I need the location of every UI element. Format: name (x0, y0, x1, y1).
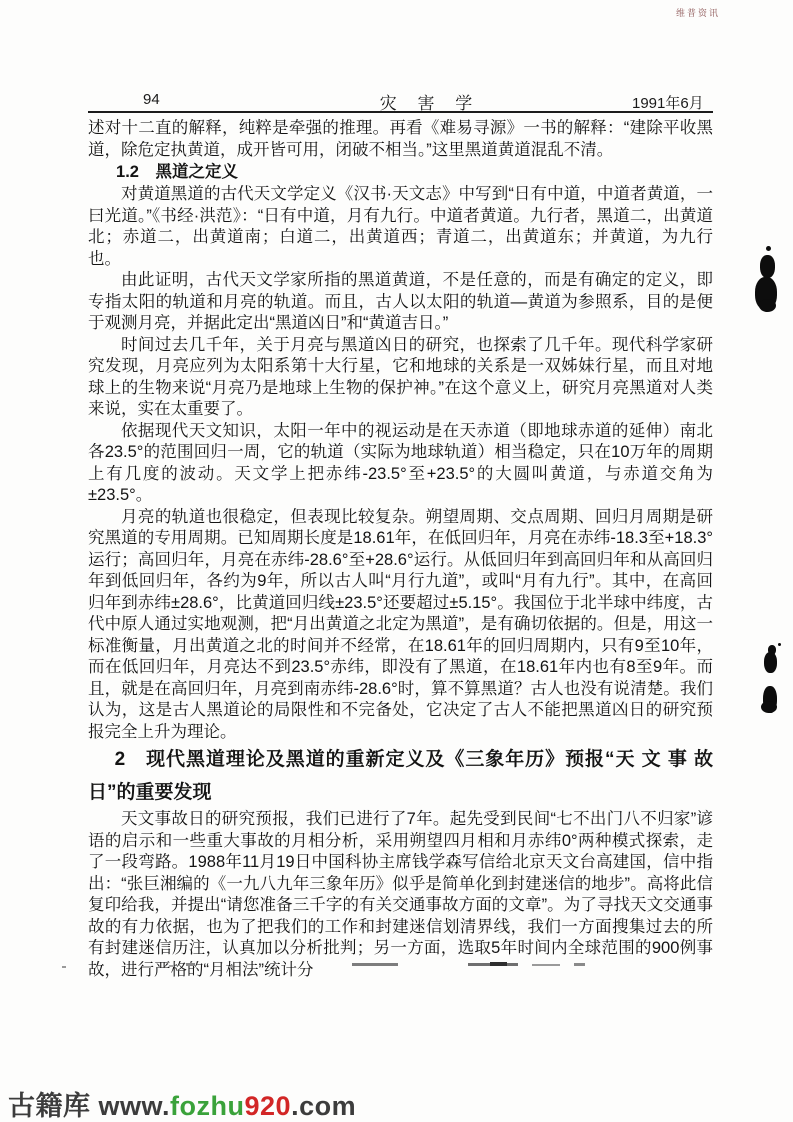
scan-smudge (186, 963, 195, 966)
scan-smudge (532, 964, 560, 966)
scan-smudge (169, 965, 174, 967)
scan-smudge (574, 963, 585, 966)
paragraph: 时间过去几千年，关于月亮与黑道凶日的研究，也探索了几千年。现代科学家研究发现，月… (88, 335, 713, 421)
watermark-red-text: 920 (245, 1091, 292, 1121)
page-number: 94 (143, 91, 160, 108)
article-body: 述对十二直的解释，纯粹是牵强的推理。再看《难易寻源》一书的解释：“建除平收黑道，… (88, 118, 713, 981)
watermark-green-text: fozhu (170, 1091, 244, 1121)
issue-date: 1991年6月 (632, 92, 704, 113)
watermark-prefix: 古籍库 www. (8, 1091, 170, 1121)
scan-smudge (229, 966, 233, 968)
section-1-2-heading: 1.2 黑道之定义 (88, 161, 713, 184)
ink-blob (778, 643, 781, 646)
ink-blob (766, 246, 771, 251)
scan-smudge (490, 962, 507, 966)
ink-blob (760, 255, 775, 278)
scan-smudge (62, 966, 66, 968)
watermark-footer: 古籍库 www.fozhu920.com (8, 1084, 356, 1122)
paragraph: 天文事故日的研究预报，我们已进行了7年。起先受到民间“七不出门八不归家”谚语的启… (88, 809, 713, 981)
scanned-document-page: 维普资讯 94 灾 害 学 1991年6月 述对十二直的解释，纯粹是牵强的推理。… (0, 0, 793, 1122)
scan-smudge (352, 963, 398, 966)
scan-watermark-top: 维普资讯 (676, 6, 720, 19)
continued-paragraph: 述对十二直的解释，纯粹是牵强的推理。再看《难易寻源》一书的解释：“建除平收黑道，… (88, 118, 713, 161)
ink-blob (764, 652, 777, 673)
watermark-suffix: .com (291, 1091, 356, 1121)
paragraph: 对黄道黑道的古代天文学定义《汉书·天文志》中写到“日有中道，中道者黄道，一曰光道… (88, 184, 713, 270)
paragraph: 由此证明，古代天文学家所指的黑道黄道，不是任意的，而是有确定的定义，即专指太阳的… (88, 270, 713, 335)
paragraph: 月亮的轨道也很稳定，但表现比较复杂。朔望周期、交点周期、回归月周期是研究黑道的专… (88, 507, 713, 744)
header-rule (88, 111, 713, 113)
paragraph: 依据现代天文知识，太阳一年中的视运动是在天赤道（即地球赤道的延伸）南北各23.5… (88, 421, 713, 507)
ink-blob (761, 701, 777, 713)
ink-blob (759, 299, 776, 312)
scan-smudge (142, 966, 151, 968)
section-2-heading: 2 现代黑道理论及黑道的重新定义及《三象年历》预报“天 文 事 故日”的重要发现 (88, 743, 713, 809)
